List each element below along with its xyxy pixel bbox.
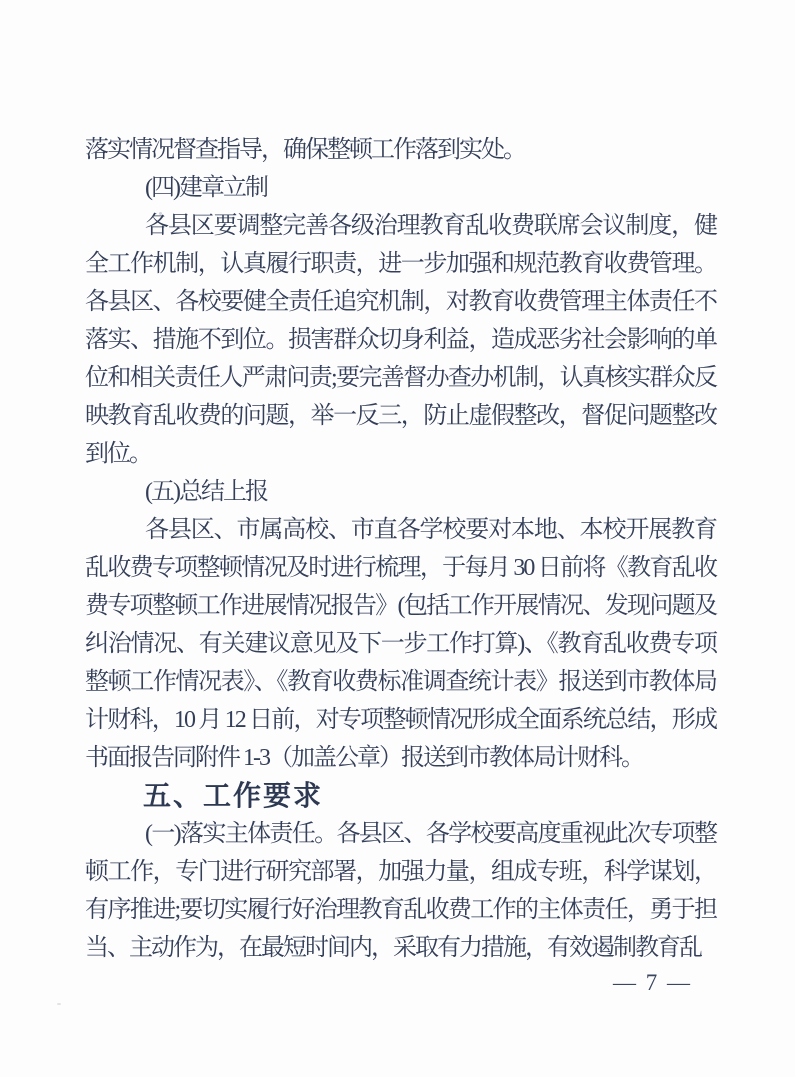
section-heading-work-requirements: 五、工作要求 bbox=[85, 777, 716, 815]
paragraph-zongjie-shangbao: 各县区、市属高校、市直各学校要对本地、本校开展教育乱收费专项整顿情况及时进行梳理… bbox=[85, 511, 716, 777]
scan-speck bbox=[57, 1003, 61, 1005]
document-page: 落实情况督查指导，确保整顿工作落到实处。 (四)建章立制 各县区要调整完善各级治… bbox=[0, 0, 795, 1077]
paragraph-main-responsibility: (一)落实主体责任。各县区、各学校要高度重视此次专项整顿工作，专门进行研究部署，… bbox=[85, 815, 716, 967]
paragraph-continuation: 落实情况督查指导，确保整顿工作落到实处。 bbox=[85, 131, 716, 169]
scan-speck bbox=[159, 212, 162, 215]
subsection-heading-si: (四)建章立制 bbox=[85, 169, 716, 207]
page-number: — 7 — bbox=[613, 970, 692, 996]
subsection-heading-wu: (五)总结上报 bbox=[85, 473, 716, 511]
paragraph-jianzhang-lizhi: 各县区要调整完善各级治理教育乱收费联席会议制度，健全工作机制，认真履行职责，进一… bbox=[85, 207, 716, 473]
document-body: 落实情况督查指导，确保整顿工作落到实处。 (四)建章立制 各县区要调整完善各级治… bbox=[85, 131, 716, 967]
scan-speck bbox=[558, 213, 561, 215]
